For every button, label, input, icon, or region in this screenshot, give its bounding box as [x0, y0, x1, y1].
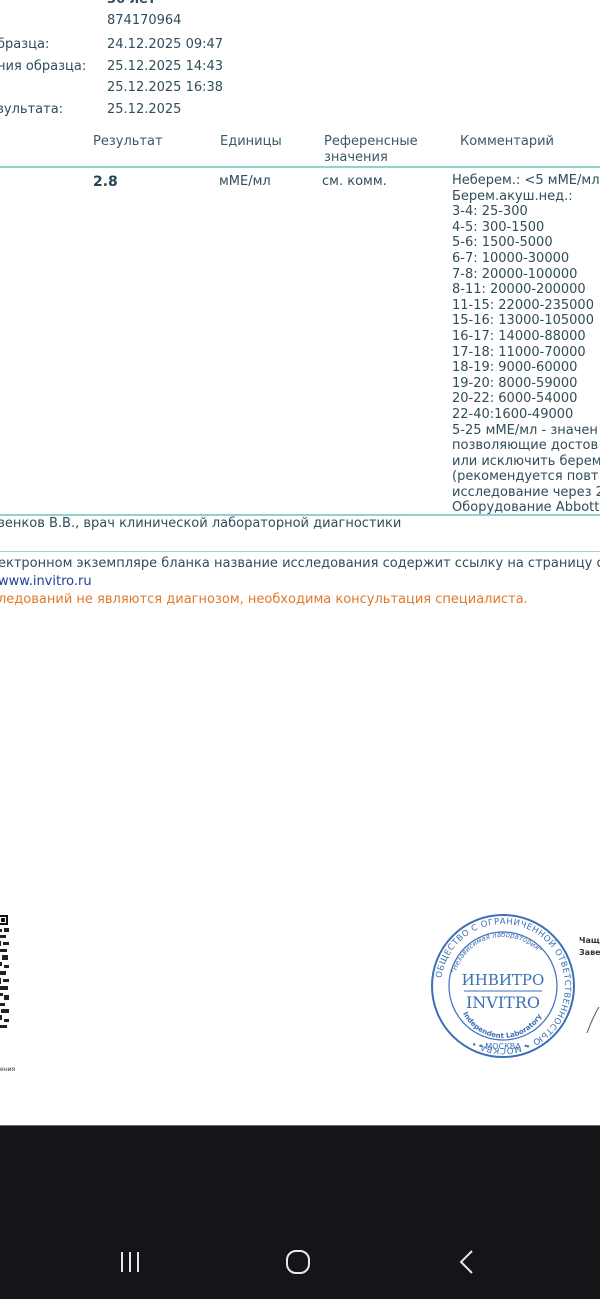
- header-units: Единицы: [220, 134, 282, 150]
- result-comment: Неберем.: <5 мМЕ/млБерем.акуш.нед.:3-4: …: [452, 173, 600, 516]
- recents-button[interactable]: [110, 1245, 150, 1279]
- comment-line: Берем.акуш.нед.:: [452, 189, 600, 205]
- result-units: мМЕ/мл: [219, 174, 271, 190]
- header-comment: Комментарий: [460, 134, 554, 150]
- svg-text:INVITRO: INVITRO: [466, 993, 540, 1012]
- svg-text:ИНВИТРО: ИНВИТРО: [462, 971, 545, 989]
- signature-label-1: Чащ: [579, 936, 600, 945]
- info-label-result-date: зультата:: [0, 102, 63, 118]
- comment-line: (рекомендуется повт: [452, 469, 600, 485]
- invitro-stamp: ОБЩЕСТВО С ОГРАНИЧЕННОЙ ОТВЕТСТВЕННОСТЬЮ…: [430, 913, 576, 1059]
- footer-divider: [0, 551, 600, 552]
- comment-line: 8-11: 20000-200000: [452, 282, 600, 298]
- comment-line: исследование через 2: [452, 485, 600, 501]
- info-value-completed-date: 25.12.2025 16:38: [107, 80, 223, 96]
- comment-line: 16-17: 14000-88000: [452, 329, 600, 345]
- patient-age: 36 лет: [107, 0, 156, 8]
- comment-line: 5-25 мМЕ/мл - значен: [452, 423, 600, 439]
- footer-note: ектронном экземпляре бланка название исс…: [0, 556, 600, 572]
- home-icon: [284, 1248, 312, 1276]
- comment-line: 11-15: 22000-235000: [452, 298, 600, 314]
- comment-line: Неберем.: <5 мМЕ/мл: [452, 173, 600, 189]
- info-value-result-date: 25.12.2025: [107, 102, 181, 118]
- comment-line: 19-20: 8000-59000: [452, 376, 600, 392]
- comment-line: 22-40:1600-49000: [452, 407, 600, 423]
- back-icon: [454, 1248, 480, 1276]
- result-value: 2.8: [93, 174, 118, 190]
- result-reference: см. комм.: [322, 174, 387, 190]
- info-value-sample-date: 24.12.2025 09:47: [107, 37, 223, 53]
- svg-text:• МОСКВА •: • МОСКВА •: [478, 1042, 528, 1051]
- header-result: Результат: [93, 134, 163, 150]
- comment-line: позволяющие достов: [452, 438, 600, 454]
- invitro-link[interactable]: www.invitro.ru: [0, 574, 92, 590]
- comment-line: 5-6: 1500-5000: [452, 235, 600, 251]
- comment-line: 20-22: 6000-54000: [452, 391, 600, 407]
- comment-line: 3-4: 25-300: [452, 204, 600, 220]
- info-value-received-date: 25.12.2025 14:43: [107, 59, 223, 75]
- home-button[interactable]: [278, 1245, 318, 1279]
- comment-line: 15-16: 13000-105000: [452, 313, 600, 329]
- comment-line: 7-8: 20000-100000: [452, 267, 600, 283]
- comment-line: 4-5: 300-1500: [452, 220, 600, 236]
- disclaimer-warning: ледований не являются диагнозом, необход…: [0, 592, 528, 608]
- doctor-signature-line: зенков В.В., врач клинической лабораторн…: [0, 516, 401, 532]
- header-reference: Референсные: [324, 134, 418, 150]
- back-button[interactable]: [447, 1245, 487, 1279]
- info-label-received-date: ния образца:: [0, 59, 86, 75]
- qr-caption: ения: [0, 1066, 15, 1074]
- comment-line: 17-18: 11000-70000: [452, 345, 600, 361]
- comment-line: 6-7: 10000-30000: [452, 251, 600, 267]
- recents-icon: [117, 1249, 143, 1275]
- qr-code: [0, 915, 12, 1033]
- svg-text:Independent Laboratory: Independent Laboratory: [461, 1011, 544, 1040]
- signature-label-2: Заве: [579, 948, 600, 957]
- comment-line: 18-19: 9000-60000: [452, 360, 600, 376]
- table-header-divider: [0, 166, 600, 168]
- lab-report-document: 36 лет 874170964 бразца: 24.12.2025 09:4…: [0, 0, 600, 1125]
- signature-mark: [585, 1005, 600, 1035]
- info-label-sample-date: бразца:: [0, 37, 49, 53]
- header-reference-line2: значения: [324, 151, 388, 164]
- order-number: 874170964: [107, 13, 181, 29]
- comment-line: или исключить берем: [452, 454, 600, 470]
